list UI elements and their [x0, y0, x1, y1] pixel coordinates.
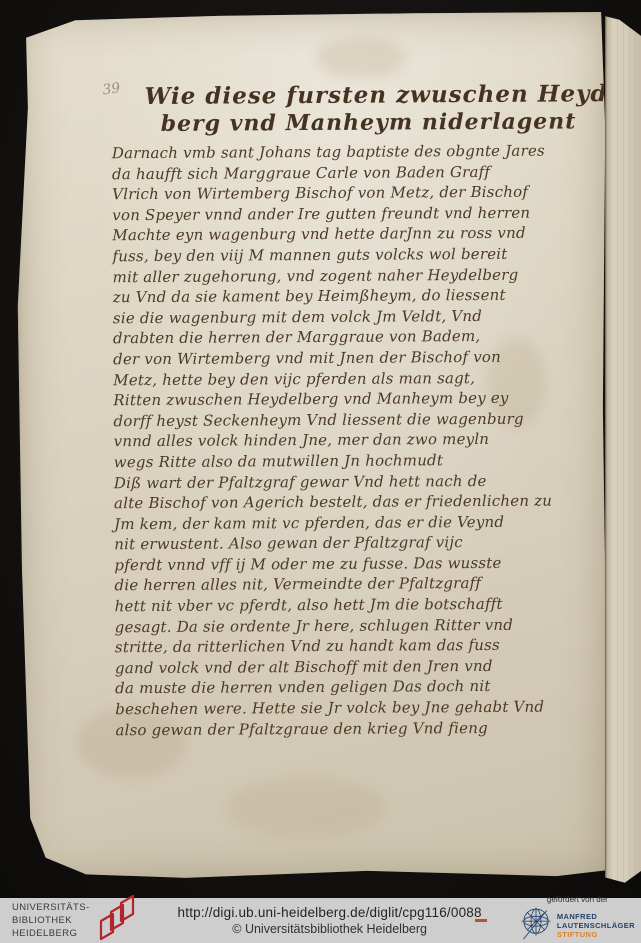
university-library-logo-icon	[97, 895, 137, 943]
copyright-notice: © Universitätsbibliothek Heidelberg	[232, 922, 427, 936]
manuscript-text-line: gesagt. Da sie ordente Jr here, schlugen…	[115, 614, 600, 638]
chapter-heading: Wie diese fursten zwuschen Heydel berg v…	[144, 80, 633, 137]
library-name-line: HEIDELBERG	[12, 927, 90, 940]
funder-name-line: STIFTUNG	[557, 930, 635, 939]
manuscript-text-line: Vlrich von Wirtemberg Bischof von Metz, …	[112, 181, 597, 205]
manuscript-text-line: Metz, hette bey den vijc pferden als man…	[113, 367, 598, 391]
manuscript-text-line: Darnach vmb sant Johans tag baptiste des…	[112, 140, 597, 164]
manuscript-text-line: der von Wirtemberg vnd mit Jnen der Bisc…	[113, 346, 598, 370]
manuscript-text-line: Ritten zwuschen Heydelberg vnd Manheym b…	[113, 387, 598, 411]
manuscript-text-line: da muste die herren vnden geligen Das do…	[115, 676, 600, 700]
manuscript-text-line: drabten die herren der Marggraue von Bad…	[113, 326, 598, 350]
manuscript-text-line: Diß wart der Pfaltzgraf gewar Vnd hett n…	[114, 470, 599, 494]
manuscript-text-line: gand volck vnd der alt Bischoff mit den …	[115, 655, 600, 679]
footer-bar: UNIVERSITÄTS- BIBLIOTHEK HEIDELBERG http…	[0, 898, 641, 943]
manuscript-page: 39 Wie diese fursten zwuschen Heydel ber…	[16, 8, 610, 884]
heading-line: berg vnd Manheym niderlagent	[161, 108, 633, 137]
funder-name: MANFRED LAUTENSCHLÄGER STIFTUNG	[557, 912, 635, 939]
heading-line: Wie diese fursten zwuschen Heydel	[144, 80, 632, 110]
manuscript-text-line: zu Vnd da sie kament bey Heimßheym, do l…	[113, 284, 598, 308]
funder-name-line: MANFRED	[557, 912, 635, 921]
funder-label: gefördert von der	[547, 895, 635, 904]
persistent-url: http://digi.ub.uni-heidelberg.de/diglit/…	[178, 905, 482, 920]
book-gutter-page-edges	[605, 0, 641, 898]
manuscript-text-line: alte Bischof von Agerich bestelt, das er…	[114, 490, 599, 514]
manuscript-text-line: dorff heyst Seckenheym Vnd liessent die …	[113, 408, 598, 432]
funder-globe-logo-icon	[519, 905, 553, 943]
funder-name-line: LAUTENSCHLÄGER	[557, 921, 635, 930]
manuscript-body: Darnach vmb sant Johans tag baptiste des…	[112, 140, 601, 740]
manuscript-text-line: sie die wagenburg mit dem volck Jm Veldt…	[113, 305, 598, 329]
citation-block: http://digi.ub.uni-heidelberg.de/diglit/…	[178, 898, 482, 943]
handwritten-text-block: 39 Wie diese fursten zwuschen Heydel ber…	[16, 6, 610, 10]
manuscript-text-line: mit aller zugehorung, vnd zogent naher H…	[113, 264, 598, 288]
manuscript-photo: 39 Wie diese fursten zwuschen Heydel ber…	[0, 0, 641, 898]
manuscript-text-line: von Speyer vnnd ander Ire gutten freundt…	[112, 202, 597, 226]
library-logo-block: UNIVERSITÄTS- BIBLIOTHEK HEIDELBERG	[12, 895, 137, 943]
manuscript-text-line: stritte, da ritterlichen Vnd zu handt ka…	[115, 635, 600, 659]
manuscript-text-line: Jm kem, der kam mit vc pferden, das er d…	[114, 511, 599, 535]
manuscript-text-line: die herren alles nit, Vermeindte der Pfa…	[114, 573, 599, 597]
manuscript-text-line: wegs Ritte also da mutwillen Jn hochmudt	[114, 449, 599, 473]
manuscript-text-line: fuss, bey den viij M mannen guts volcks …	[112, 243, 597, 267]
manuscript-text-line: nit erwustent. Also gewan der Pfaltzgraf…	[114, 532, 599, 556]
stain	[226, 778, 386, 838]
manuscript-text-line: Machte eyn wagenburg vnd hette darJnn zu…	[112, 223, 597, 247]
library-name: UNIVERSITÄTS- BIBLIOTHEK HEIDELBERG	[12, 901, 90, 940]
manuscript-text-line: beschehen were. Hette sie Jr volck bey J…	[115, 696, 600, 720]
manuscript-text-line: pferdt vnnd vff ij M oder me zu fusse. D…	[114, 552, 599, 576]
digitized-manuscript-view: 39 Wie diese fursten zwuschen Heydel ber…	[0, 0, 641, 943]
manuscript-text-line: hett nit vber vc pferdt, also hett Jm di…	[115, 593, 600, 617]
stain	[316, 38, 406, 78]
funder-block: gefördert von der	[475, 895, 635, 943]
manuscript-text-line: vnnd alles volck hinden Jne, mer dan zwo…	[114, 429, 599, 453]
folio-number: 39	[101, 80, 121, 98]
library-name-line: BIBLIOTHEK	[12, 914, 90, 927]
funder-logo-block: gefördert von der	[519, 895, 635, 943]
library-name-line: UNIVERSITÄTS-	[12, 901, 90, 914]
manuscript-text-line: also gewan der Pfaltzgraue den krieg Vnd…	[115, 717, 600, 741]
manuscript-text-line: da haufft sich Marggraue Carle von Baden…	[112, 161, 597, 185]
